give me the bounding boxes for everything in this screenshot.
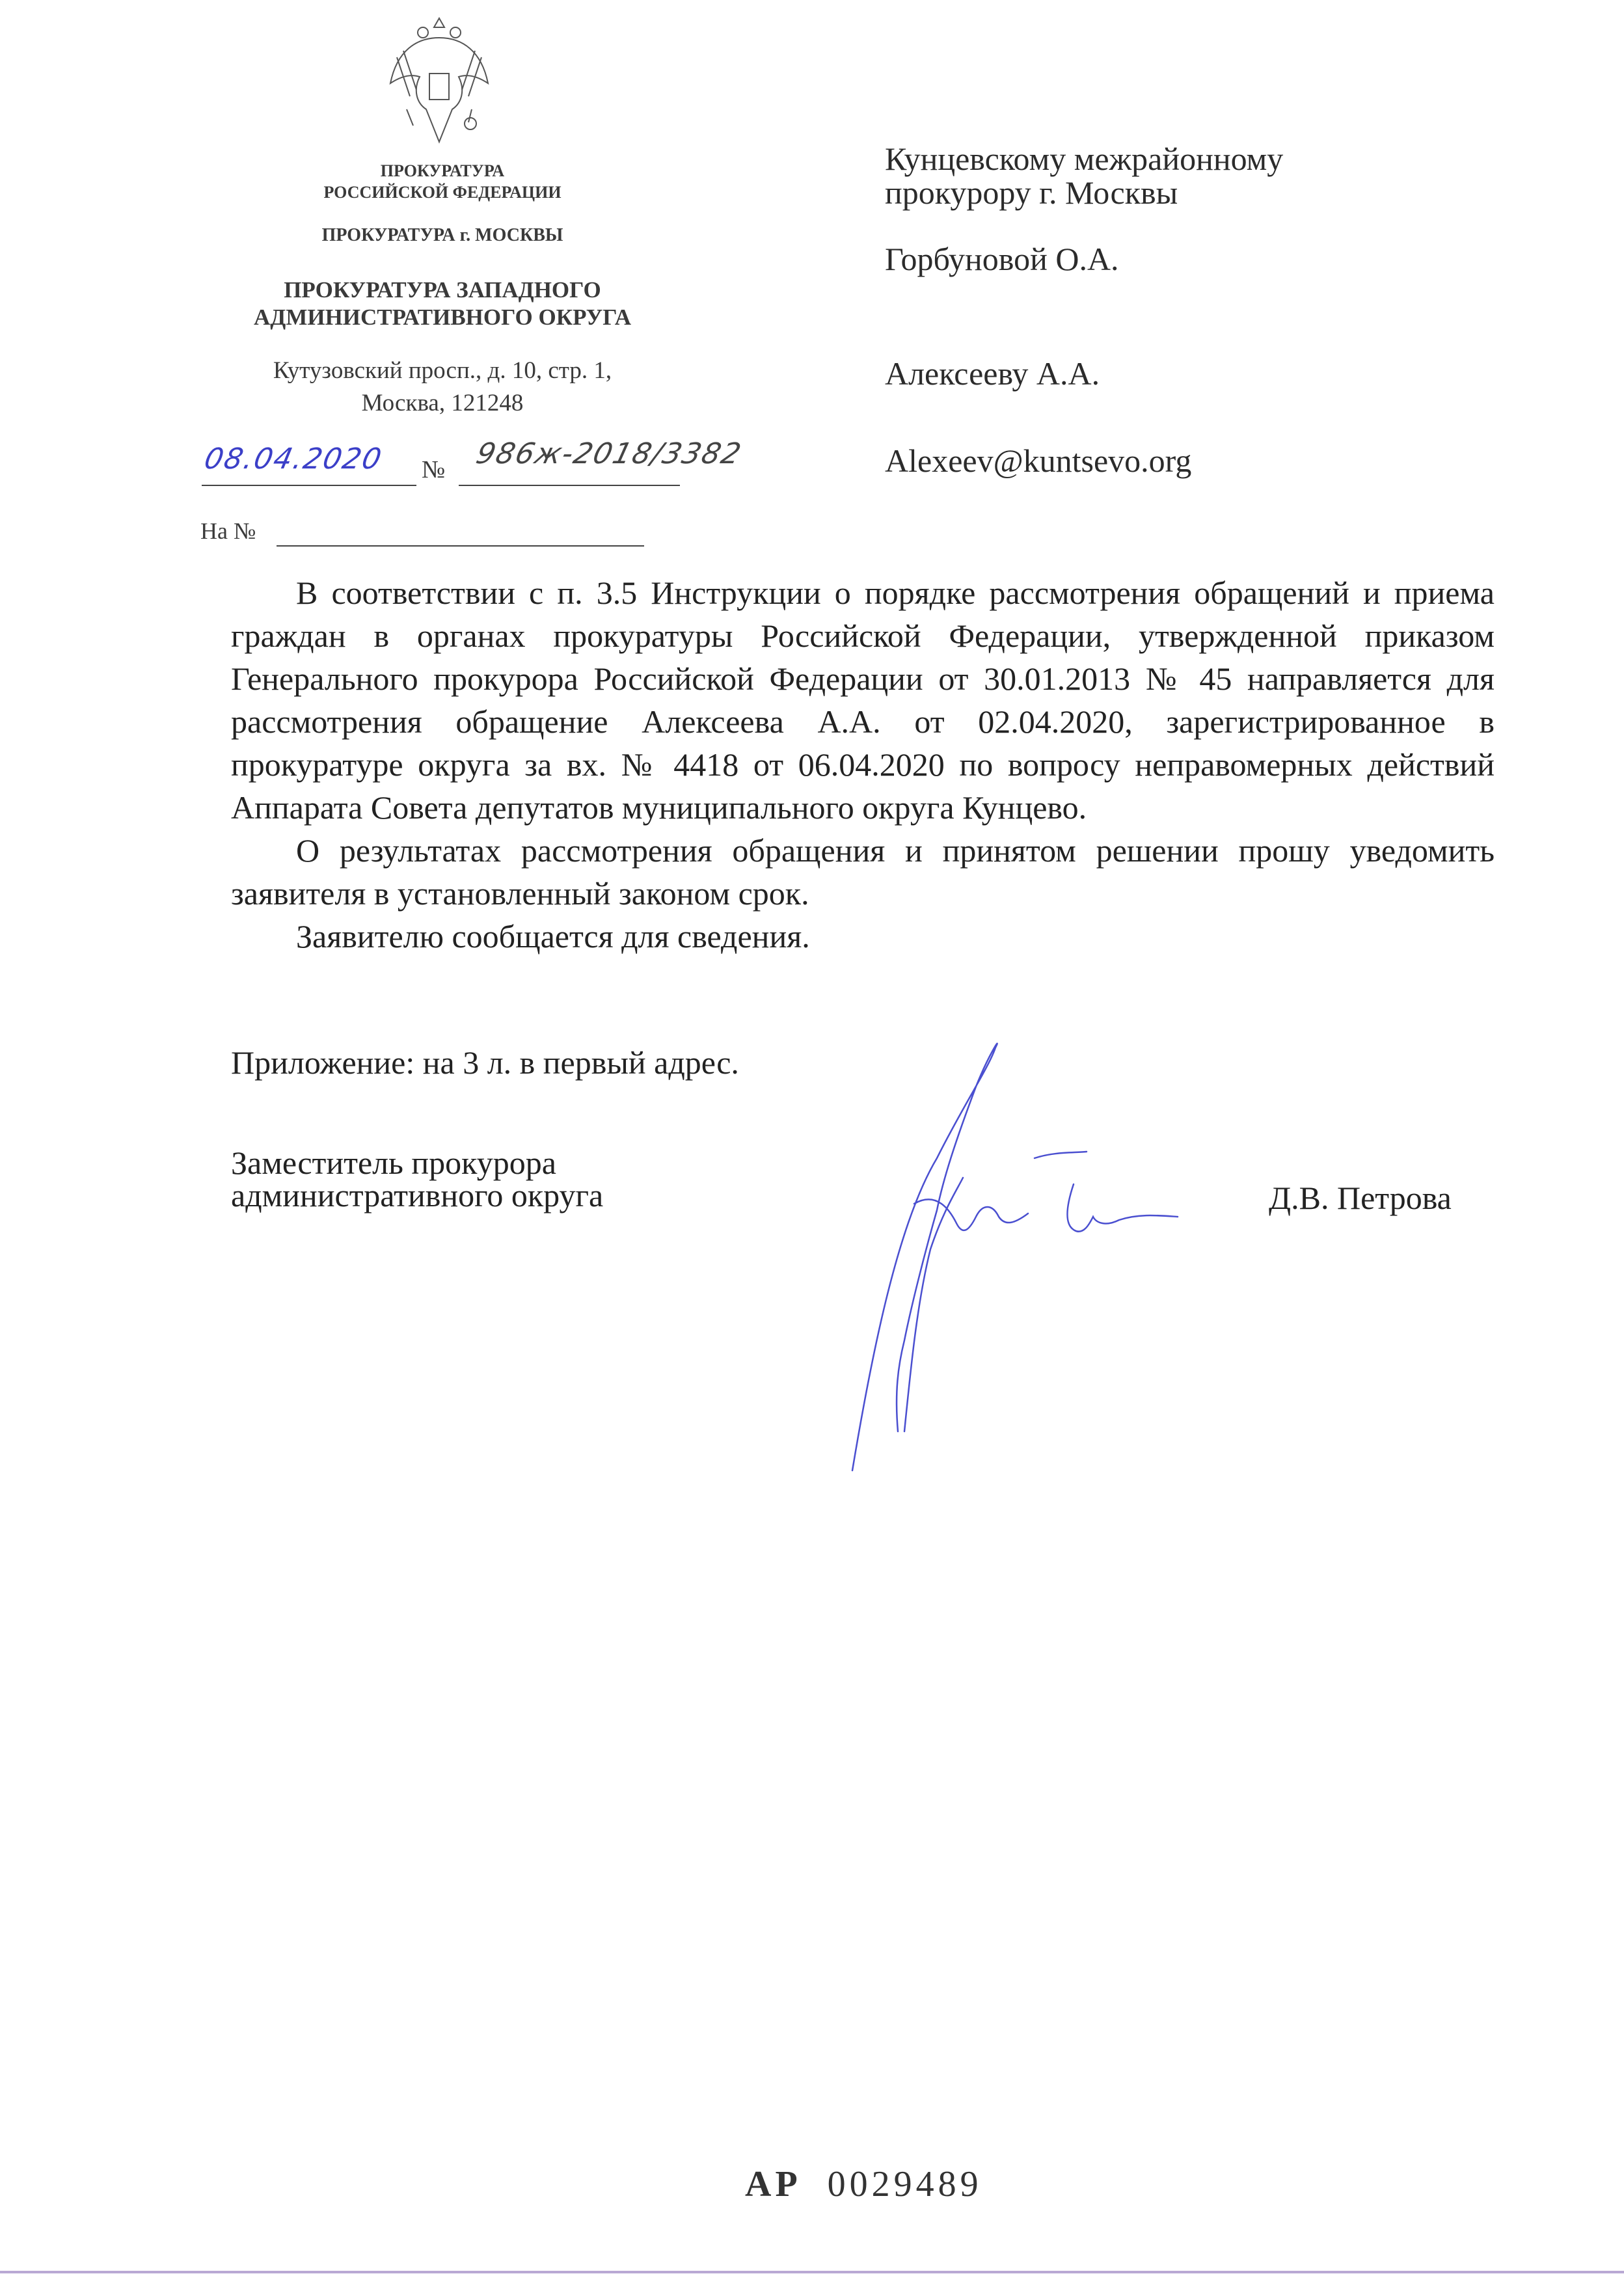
address-line2: Москва, 121248 xyxy=(195,387,690,420)
form-series: АР xyxy=(745,2164,802,2204)
org-line1: ПРОКУРАТУРА xyxy=(195,160,690,182)
form-number: 0029489 xyxy=(828,2164,982,2204)
paragraph-2: О результатах рассмотрения обращения и п… xyxy=(231,829,1495,915)
registration-date: 08.04.2020 xyxy=(202,442,386,476)
handwritten-signature-icon xyxy=(833,1028,1327,1497)
city-org: ПРОКУРАТУРА г. МОСКВЫ xyxy=(195,225,690,246)
district-org: ПРОКУРАТУРА ЗАПАДНОГО АДМИНИСТРАТИВНОГО … xyxy=(195,277,690,331)
scan-edge xyxy=(0,2271,1624,2273)
reply-to-label: На № xyxy=(200,517,256,545)
district-line2: АДМИНИСТРАТИВНОГО ОКРУГА xyxy=(195,304,690,331)
letterhead-address: Кутузовский просп., д. 10, стр. 1, Москв… xyxy=(195,355,690,420)
recipient1-title: Кунцевскому межрайонному прокурору г. Мо… xyxy=(885,142,1283,210)
signer-name: Д.В. Петрова xyxy=(1269,1179,1452,1217)
paragraph-1: В соответствии с п. 3.5 Инструкции о пор… xyxy=(231,571,1495,829)
recipient1-line2: прокурору г. Москвы xyxy=(885,176,1283,210)
recipient2-name: Алексееву А.А. xyxy=(885,357,1100,390)
position-line1: Заместитель прокурора xyxy=(231,1146,603,1179)
registration-number: 986ж-2018/3382 xyxy=(473,437,746,470)
letter-body: В соответствии с п. 3.5 Инструкции о пор… xyxy=(231,571,1495,958)
signer-position: Заместитель прокурора административного … xyxy=(231,1146,603,1212)
org-line2: РОССИЙСКОЙ ФЕДЕРАЦИИ xyxy=(195,182,690,203)
recipient2-email: Alexeev@kuntsevo.org xyxy=(885,444,1191,478)
number-underline xyxy=(459,485,680,486)
form-serial-number: АР0029489 xyxy=(745,2163,982,2205)
reply-to-underline xyxy=(277,545,644,547)
position-line2: административного округа xyxy=(231,1179,603,1212)
number-sign: № xyxy=(422,455,445,484)
date-underline xyxy=(202,485,416,486)
recipient1-line1: Кунцевскому межрайонному xyxy=(885,142,1283,176)
recipient1-name: Горбуновой О.А. xyxy=(885,242,1119,276)
attachment-note: Приложение: на 3 л. в первый адрес. xyxy=(231,1046,739,1079)
paragraph-3: Заявителю сообщается для сведения. xyxy=(231,915,1495,958)
letterhead-org: ПРОКУРАТУРА РОССИЙСКОЙ ФЕДЕРАЦИИ xyxy=(195,160,690,203)
district-line1: ПРОКУРАТУРА ЗАПАДНОГО xyxy=(195,277,690,304)
address-line1: Кутузовский просп., д. 10, стр. 1, xyxy=(195,355,690,387)
coat-of-arms-icon xyxy=(377,12,501,148)
